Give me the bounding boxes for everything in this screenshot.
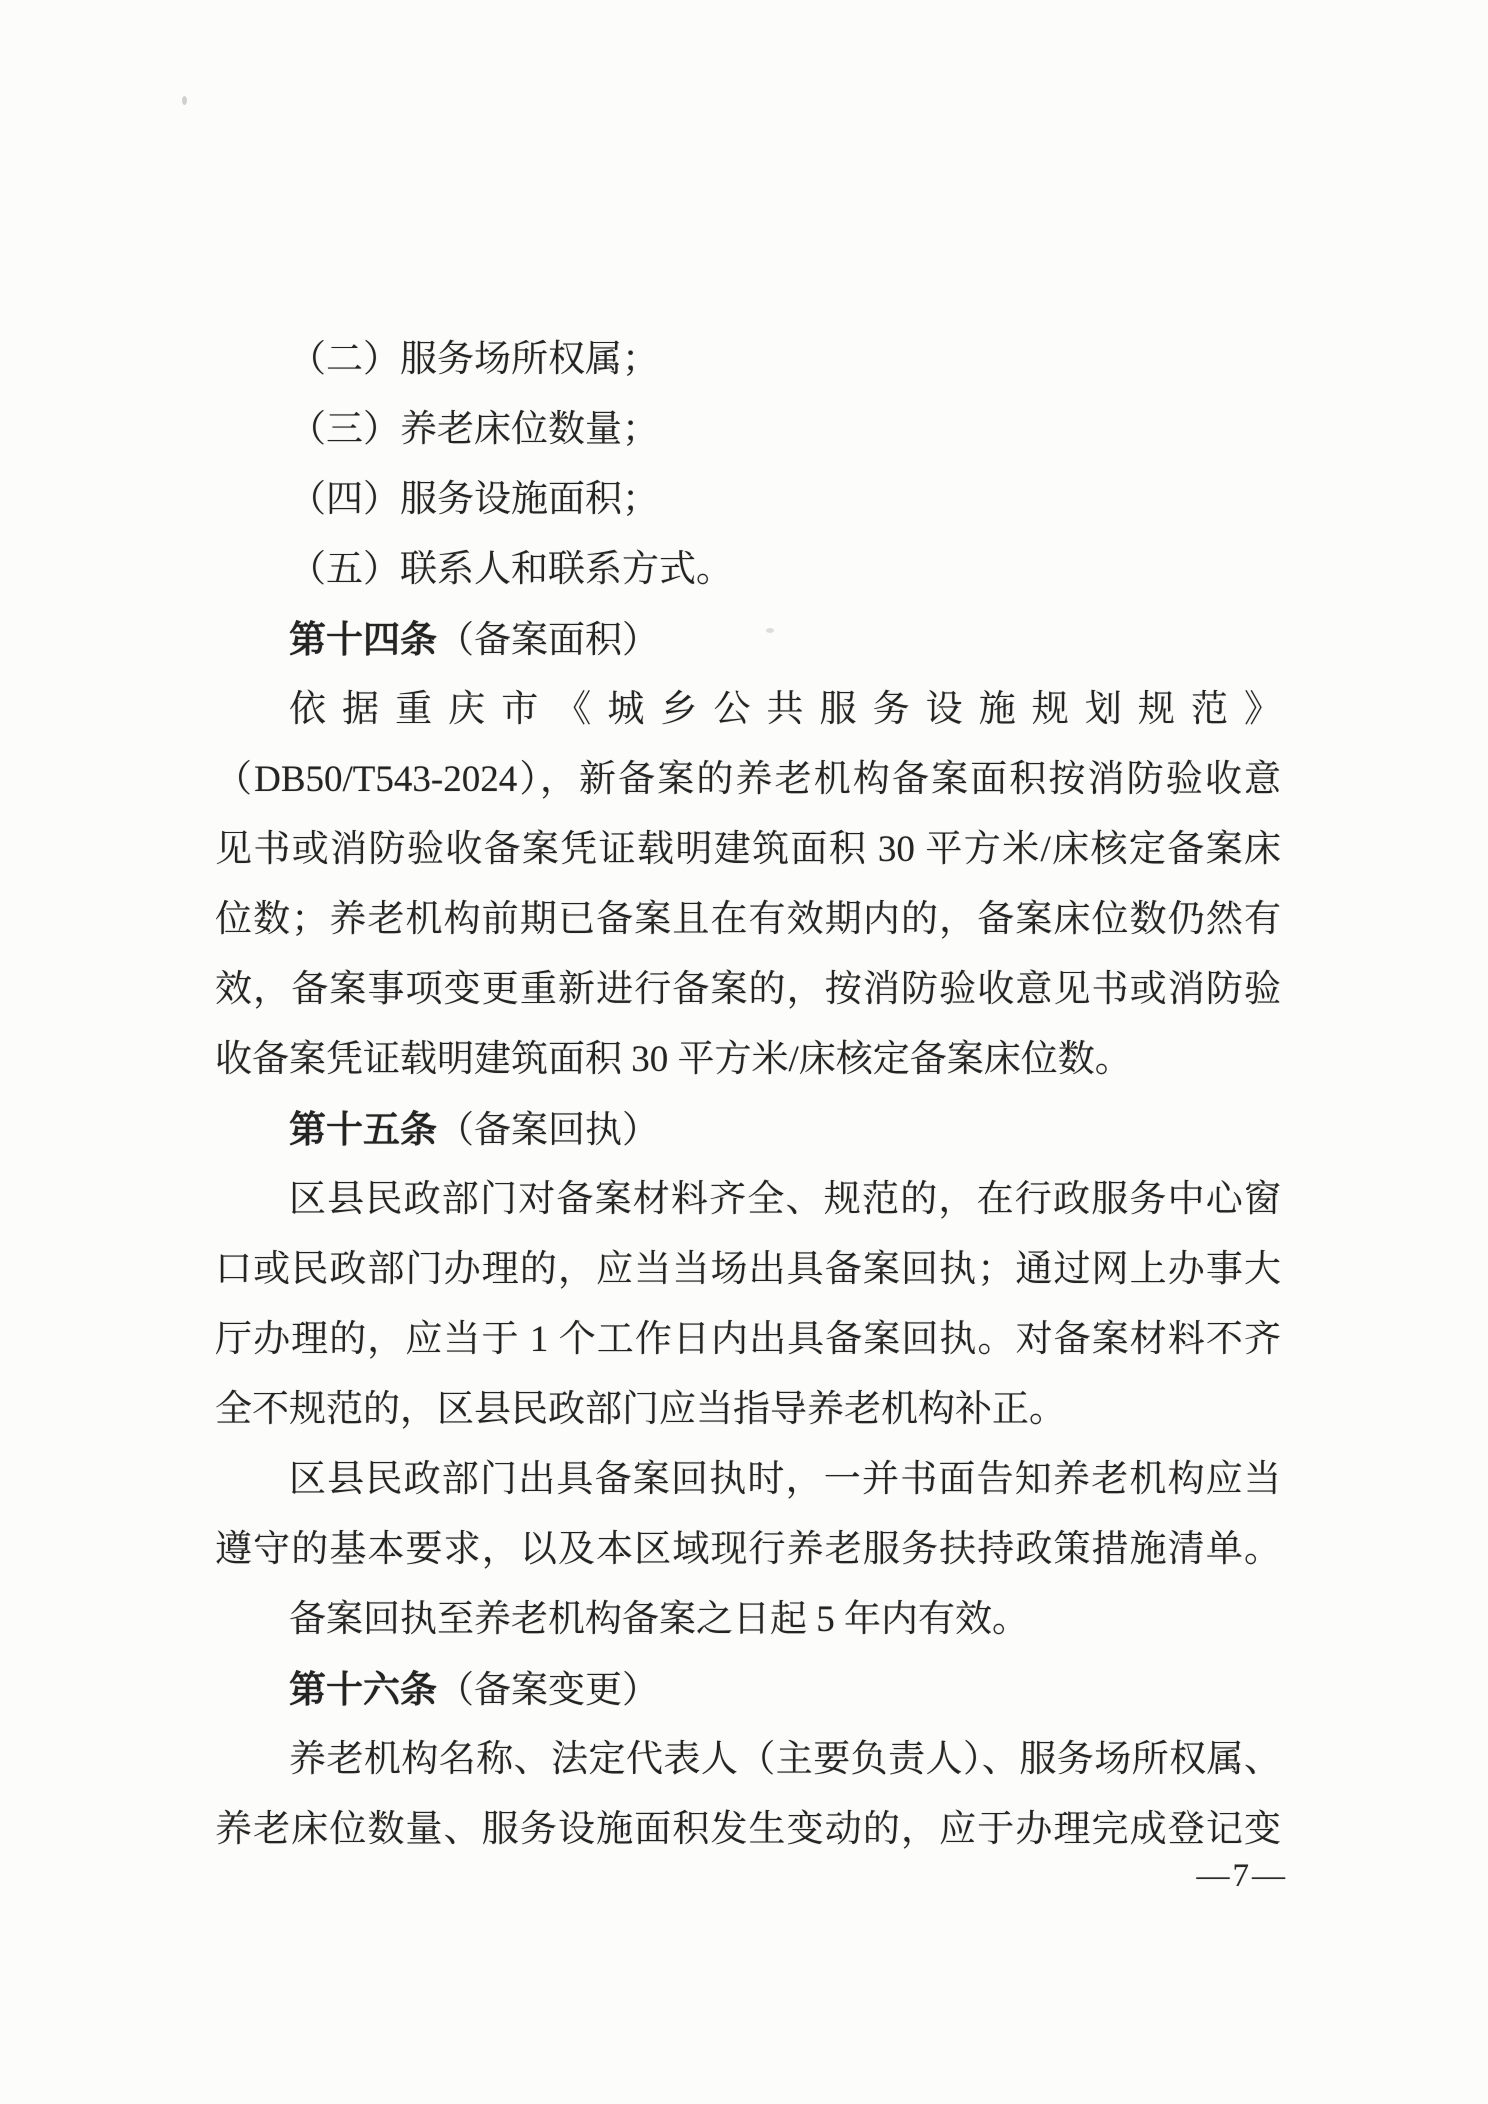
document-line: 厅办理的，应当于 1 个工作日内出具备案回执。对备案材料不齐 <box>215 1305 1281 1375</box>
line-text: 口或民政部门办理的，应当当场出具备案回执；通过网上办事大 <box>215 1249 1281 1290</box>
document-line: （二）服务场所权属； <box>215 325 1281 395</box>
line-text: 全不规范的，区县民政部门应当指导养老机构补正。 <box>215 1389 1066 1430</box>
document-body: （二）服务场所权属；（三）养老床位数量；（四）服务设施面积；（五）联系人和联系方… <box>215 325 1281 1865</box>
line-text: （备案变更） <box>437 1670 659 1711</box>
line-text: 遵守的基本要求，以及本区域现行养老服务扶持政策措施清单。 <box>215 1529 1281 1570</box>
document-line: （三）养老床位数量； <box>215 395 1281 465</box>
line-text: （DB50/T543-2024），新备案的养老机构备案面积按消防验收意 <box>215 759 1281 800</box>
article-number: 第十六条 <box>289 1669 437 1710</box>
line-text: 养老床位数量、服务设施面积发生变动的，应于办理完成登记变 <box>215 1809 1281 1850</box>
document-line: （DB50/T543-2024），新备案的养老机构备案面积按消防验收意 <box>215 745 1281 815</box>
article-number: 第十五条 <box>289 1109 437 1150</box>
document-line: 养老机构名称、法定代表人（主要负责人）、服务场所权属、 <box>215 1725 1281 1795</box>
line-text: 依据重庆市《城乡公共服务设施规划规范》 <box>289 689 1281 730</box>
line-text: （备案面积） <box>437 620 659 661</box>
document-line: 依据重庆市《城乡公共服务设施规划规范》 <box>215 675 1281 745</box>
document-line: 遵守的基本要求，以及本区域现行养老服务扶持政策措施清单。 <box>215 1515 1281 1585</box>
line-text: 区县民政部门出具备案回执时，一并书面告知养老机构应当 <box>289 1459 1281 1500</box>
document-line: 全不规范的，区县民政部门应当指导养老机构补正。 <box>215 1375 1281 1445</box>
scan-speck <box>182 96 187 105</box>
document-line: 区县民政部门出具备案回执时，一并书面告知养老机构应当 <box>215 1445 1281 1515</box>
page-number: —7— <box>1197 1858 1289 1895</box>
scanned-document-page: （二）服务场所权属；（三）养老床位数量；（四）服务设施面积；（五）联系人和联系方… <box>0 0 1488 2104</box>
line-text: （二）服务场所权属； <box>289 339 659 380</box>
article-heading-line: 第十六条（备案变更） <box>215 1655 1281 1725</box>
document-line: 位数；养老机构前期已备案且在有效期内的，备案床位数仍然有 <box>215 885 1281 955</box>
document-line: （五）联系人和联系方式。 <box>215 535 1281 605</box>
document-line: （四）服务设施面积； <box>215 465 1281 535</box>
document-line: 见书或消防验收备案凭证载明建筑面积 30 平方米/床核定备案床 <box>215 815 1281 885</box>
line-text: 见书或消防验收备案凭证载明建筑面积 30 平方米/床核定备案床 <box>215 829 1281 870</box>
line-text: 备案回执至养老机构备案之日起 5 年内有效。 <box>289 1599 1029 1640</box>
line-text: 收备案凭证载明建筑面积 30 平方米/床核定备案床位数。 <box>215 1039 1132 1080</box>
document-line: 备案回执至养老机构备案之日起 5 年内有效。 <box>215 1585 1281 1655</box>
line-text: （五）联系人和联系方式。 <box>289 549 733 590</box>
line-text: 厅办理的，应当于 1 个工作日内出具备案回执。对备案材料不齐 <box>215 1319 1281 1360</box>
document-line: 收备案凭证载明建筑面积 30 平方米/床核定备案床位数。 <box>215 1025 1281 1095</box>
document-line: 区县民政部门对备案材料齐全、规范的，在行政服务中心窗 <box>215 1165 1281 1235</box>
line-text: 养老机构名称、法定代表人（主要负责人）、服务场所权属、 <box>289 1739 1281 1780</box>
article-number: 第十四条 <box>289 619 437 660</box>
line-text: （四）服务设施面积； <box>289 479 659 520</box>
document-line: 效，备案事项变更重新进行备案的，按消防验收意见书或消防验 <box>215 955 1281 1025</box>
document-line: 口或民政部门办理的，应当当场出具备案回执；通过网上办事大 <box>215 1235 1281 1305</box>
article-heading-line: 第十四条（备案面积） <box>215 605 1281 675</box>
document-line: 养老床位数量、服务设施面积发生变动的，应于办理完成登记变 <box>215 1795 1281 1865</box>
line-text: （备案回执） <box>437 1110 659 1151</box>
line-text: （三）养老床位数量； <box>289 409 659 450</box>
article-heading-line: 第十五条（备案回执） <box>215 1095 1281 1165</box>
line-text: 位数；养老机构前期已备案且在有效期内的，备案床位数仍然有 <box>215 899 1281 940</box>
line-text: 效，备案事项变更重新进行备案的，按消防验收意见书或消防验 <box>215 969 1281 1010</box>
line-text: 区县民政部门对备案材料齐全、规范的，在行政服务中心窗 <box>289 1179 1281 1220</box>
